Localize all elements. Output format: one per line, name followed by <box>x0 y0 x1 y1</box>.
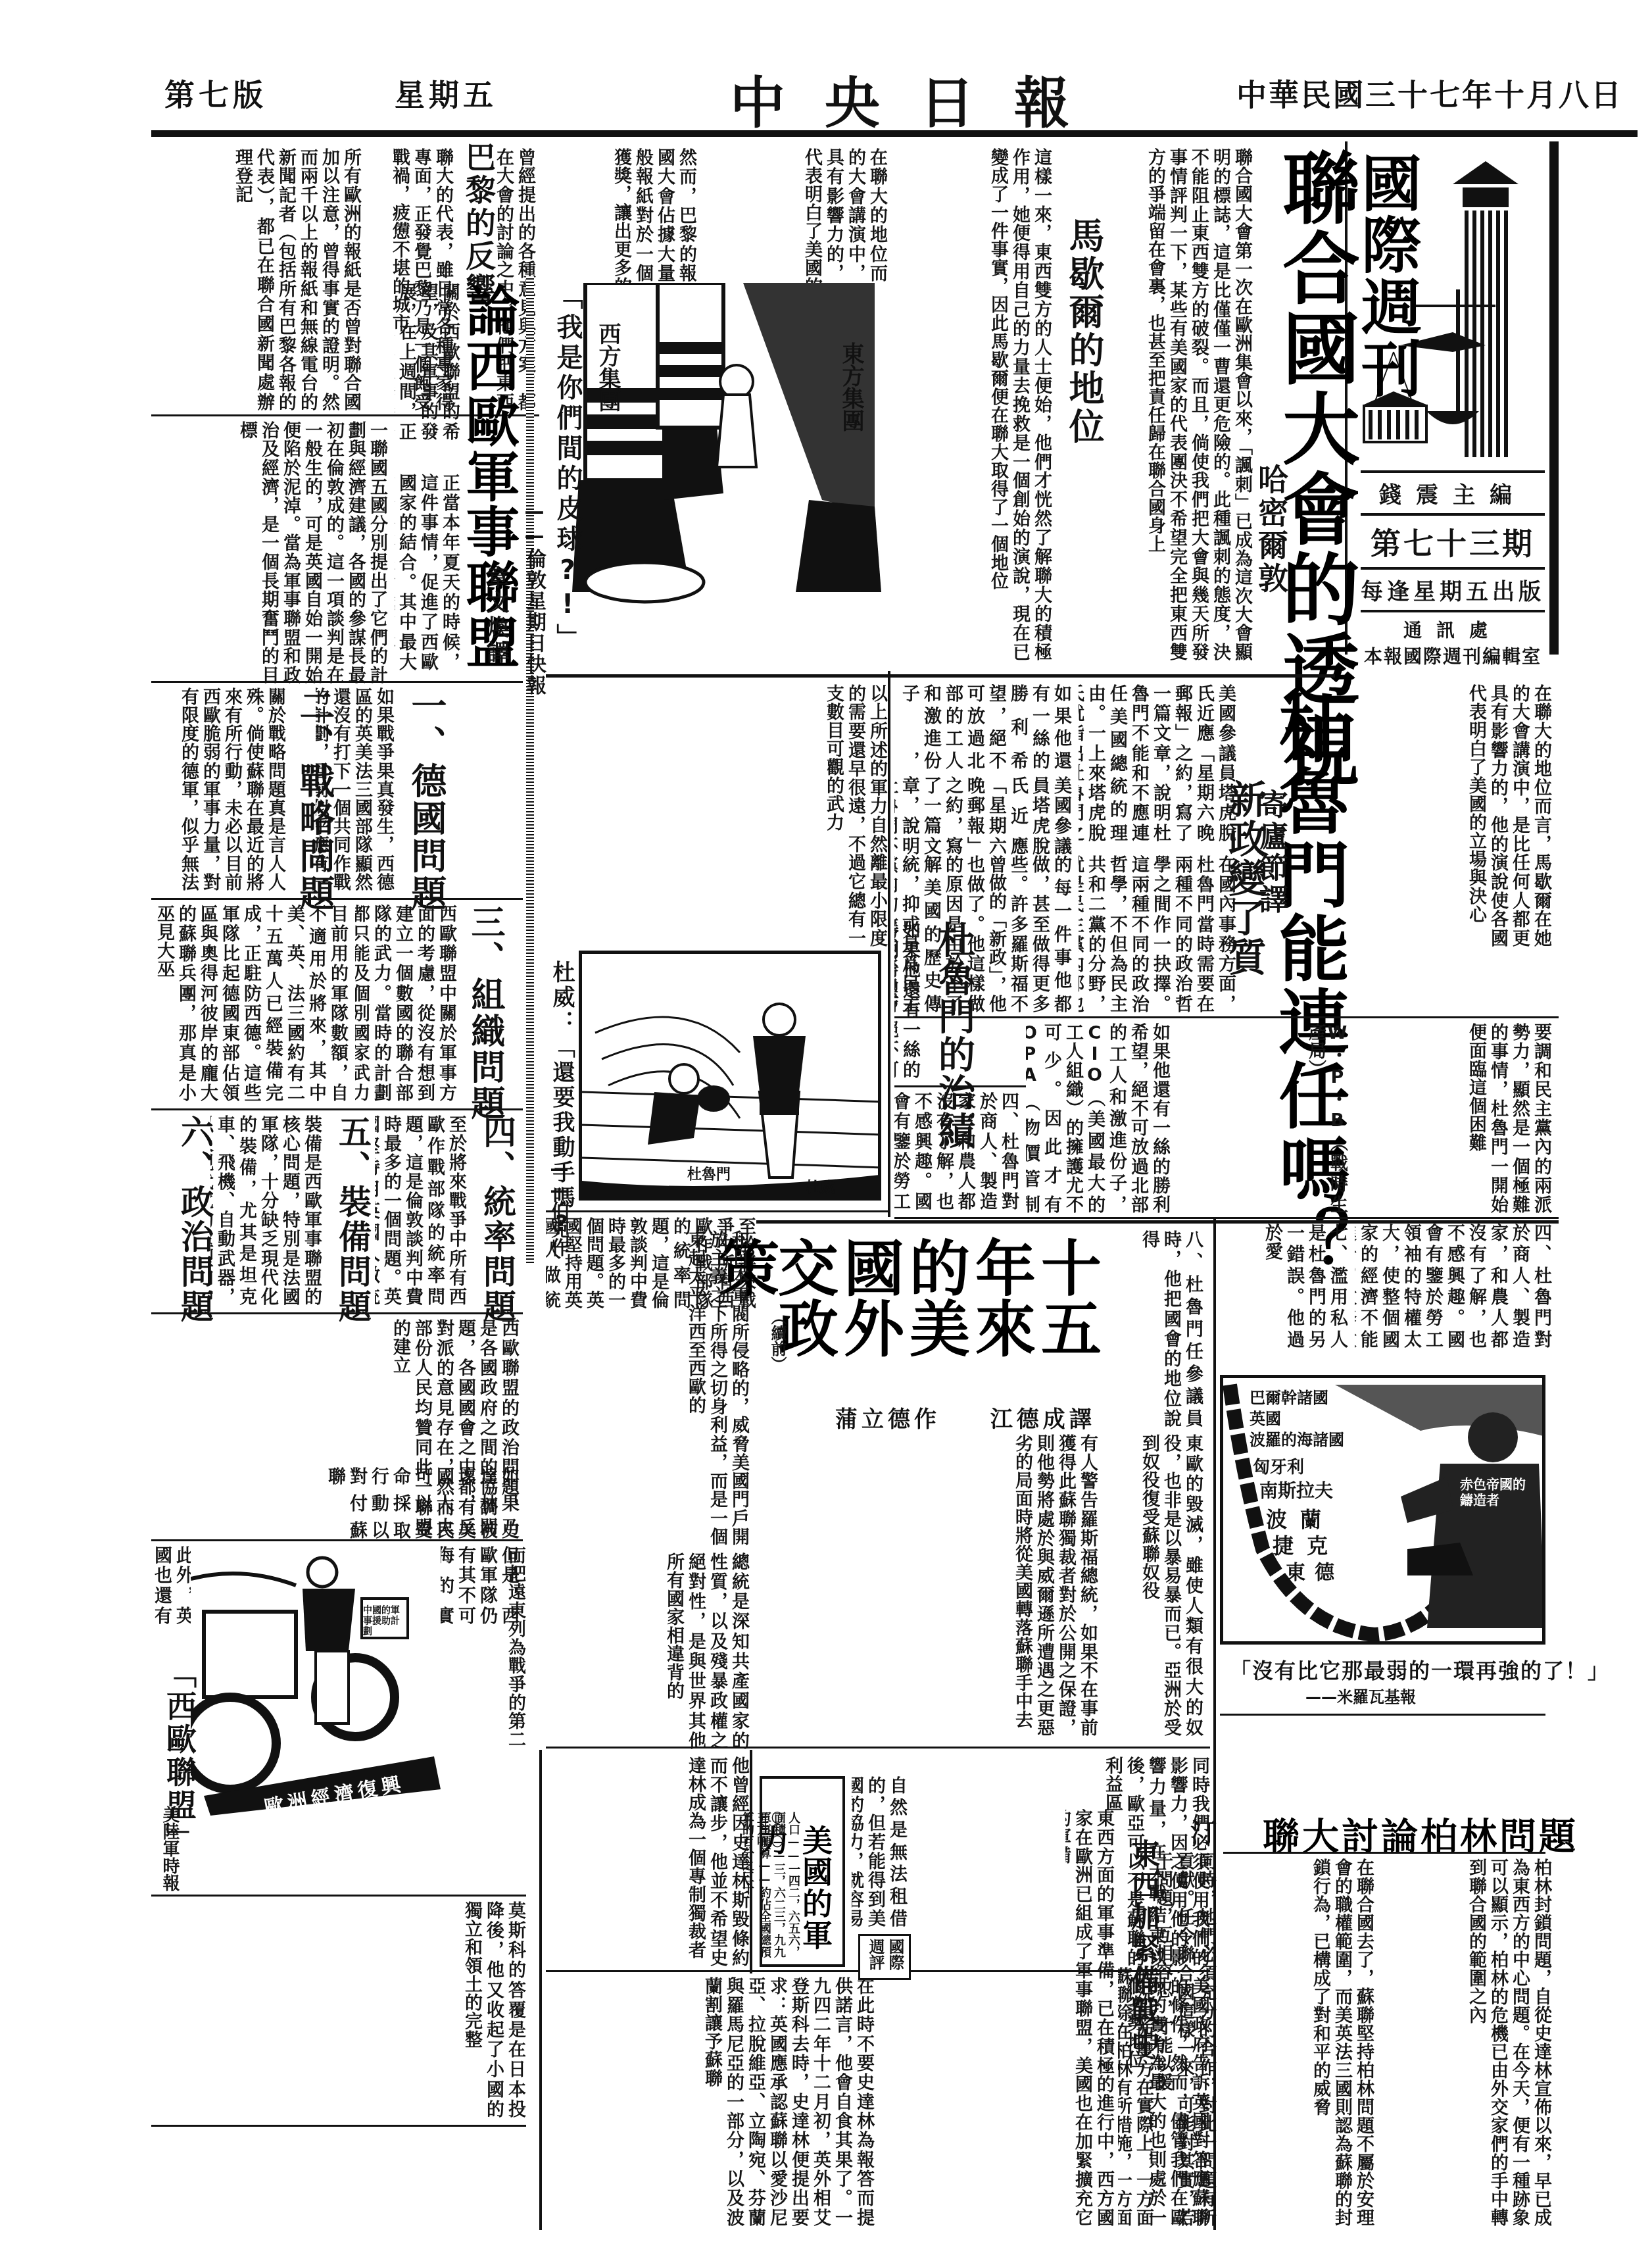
misc-column-1: 而把遠東列為戰爭的第二 <box>447 1546 526 1888</box>
section-title-2: 二、戰略問題 <box>289 687 340 912</box>
chain-label-2: 英國 <box>1250 1406 1281 1429</box>
cartoon-football: 西方集團 東方集團 <box>546 283 888 671</box>
cartoon-boxing: 杜魯門 杜威 <box>579 951 881 1201</box>
paper-name: 中央日報 <box>730 59 1109 139</box>
truman-body-7: 四、杜魯門對於商人、製造家，和農人都沒有了解，也不感興趣。國會有鑒於勞工領袖的特… <box>894 1092 1019 1210</box>
boxing-ring-illustration <box>582 954 881 1201</box>
divider <box>894 1085 1026 1087</box>
section-title-5: 五、裝備問題 <box>329 1115 376 1324</box>
weekly-title: 國際週刊 <box>1355 152 1419 399</box>
cartoon-chain: 巴爾幹諸國 英國 波羅的海諸國 匈牙利 南斯拉夫 波蘭 捷克 東德 赤色帝國的鑄… <box>1220 1375 1545 1645</box>
divider <box>546 1747 1210 1749</box>
headline-col-2: 年來 <box>969 1237 1032 1358</box>
us-foreign-policy-side: 八、杜魯門任參議員時，他把國會的地位說得 <box>1105 1230 1203 1427</box>
contact-label: 通訊處 <box>1361 612 1545 643</box>
issue-date: 中華民國三十七年十月八日 <box>1236 71 1623 114</box>
divider <box>151 2125 526 2127</box>
divider <box>546 674 1335 678</box>
un-assembly-subhead: 馬歇爾的地位 <box>1059 217 1109 446</box>
truman-body-5: 如果他還有一絲的勝利希望，絕不可放過北部的工人和激進份子，CIO（美國最大的工人… <box>1026 1023 1171 1214</box>
un-assembly-body-2: 這樣一來，東西雙方的人士便始，他們才恍然了解聯大的積極作用，她便得用自己的力量去… <box>894 148 1052 661</box>
issue-number: 第七十三期 <box>1361 516 1545 567</box>
column-divider <box>888 671 890 1217</box>
weekday: 星期五 <box>395 71 497 114</box>
divider <box>1223 1852 1545 1854</box>
section-title-3: 三、組織問題 <box>460 905 510 1122</box>
chain-label-yugoslavia: 南斯拉夫 <box>1259 1477 1333 1503</box>
truman-body-0: 如果他還有一絲的勝利希望，絕不可放過北部的工人和激進份子，CIO（美國最大的工人… <box>894 684 1072 770</box>
divider <box>894 1016 1559 1018</box>
weekly-nameplate: 國際週刊 錢震主編 第七十三期 每逢星期五出版 通訊處 本報國際週刊編輯室 <box>1345 141 1559 655</box>
divider <box>151 681 523 683</box>
us-foreign-policy-body-1: 有人警告羅斯福總統，如果不在事前獲得此蘇聯獨裁者對於公開之保證，則他勢將處於與威… <box>756 1434 1098 1737</box>
west-europe-misc-1: 目前用的軍隊數額，自不適用於將來，其中美、英、法三國約有二十五萬人已經裝備完成，… <box>151 905 349 1102</box>
weekly-info: 錢震主編 第七十三期 每逢星期五出版 通訊處 本報國際週刊編輯室 <box>1361 470 1545 669</box>
stat-label: 人口 <box>787 1812 800 1835</box>
misc-column-4: 在此時不要史達林為報答而提供諾言，他會自食其果了。一九四二年十二月初，英外相艾登… <box>546 1977 875 2227</box>
misc-column-2: 如果史達林被壞，美國人民可以受命採取行動以對付蘇聯 <box>151 1467 520 1539</box>
divider <box>756 1220 1559 1224</box>
truman-top-right-body: 在聯大的地位而言，馬歇爾在她的大會講演中，是比任何人都更具有影響力的，他的演說使… <box>1348 684 1552 947</box>
berlin-body-3: 同時，她們必須充分的合作，對此一問題有所貢獻。任令聯合國這樣一來，可能對其實，若… <box>1157 1852 1217 2227</box>
tractor-illustration <box>191 1546 441 1816</box>
stat-label: 面積 <box>772 1812 786 1835</box>
us-foreign-policy-body-4: 總統是深知共產國家的性質，以及殘暴政權之絕對性，是與世界其他所有國家相違背的 <box>546 1552 750 1750</box>
paris-reaction-subhead: 巴黎的反響 <box>457 141 500 306</box>
us-foreign-policy-body-3: 和日本軍閥所侵略的，威脅美國門戶開放主義之下所得之切身利益，而是一個東起太平洋西… <box>546 1230 750 1546</box>
masthead: 第七版 星期五 中央日報 中華民國三十七年十月八日 <box>158 58 1624 130</box>
headline-col-3: 的美 <box>904 1237 967 1358</box>
section-body-2: 關於戰略問題真是言人人殊。倘使蘇聯在最近的將來有所行動，未必以目前西歐脆弱的軍事… <box>178 687 286 891</box>
truman-body-1: 美國參議員塔虎脫氏近應「星期六晚郵報」之約，寫了一篇文章，說明杜魯門不能和不應連… <box>1079 684 1236 842</box>
west-europe-center-body: 以上所述的軍力自然離最小限度的需要還早很遠，不過它總有一支數目可觀的武力 <box>546 684 888 947</box>
us-foreign-policy-headline: 十五 年來 的美 國外 交政 策 （續前） <box>756 1237 1098 1395</box>
weekly-review-stamp: 國際週評 <box>858 1934 911 1980</box>
tractor-sign: 中國的軍事援助計劃 <box>363 1605 406 1637</box>
chain-label-balkans: 巴爾幹諸國 <box>1250 1385 1328 1408</box>
paris-reaction-body-2: 一聯國五國分別提出了它們的計劃與經濟建議，各國的參謀長最初在倫敦成的。這一項談判… <box>151 421 388 684</box>
chain-label-east-germany: 東德 <box>1286 1556 1344 1585</box>
boxer-label-dewey: 杜威 <box>806 1176 835 1197</box>
cartoon-label-east: 東方集團 <box>835 342 867 432</box>
west-europe-intro-1: 關於西歐聯盟的希望，及其軍事的發展，在上週間，正如在本年夏季時一樣，已成為華府、… <box>395 283 460 441</box>
page-number: 第七版 <box>164 71 267 114</box>
section-body-5: 裝備是西歐軍事聯盟的核心問題，特別是法國軍隊，十分缺乏現代化的裝備，尤其是坦克車… <box>210 1115 322 1306</box>
smith-label: 赤色帝國的鑄造者 <box>1460 1477 1532 1508</box>
divider <box>894 1217 1559 1219</box>
section-title-4: 四、統率問題 <box>474 1115 521 1324</box>
divider <box>151 1108 523 1110</box>
berlin-body-2: 在聯合國去了，蘇聯堅持柏林問題不屬於安理會的職權範圍，而美英法三國則認為蘇聯的封… <box>1223 1858 1374 2227</box>
cartoon-chain-source: ——米羅瓦基報 <box>1305 1684 1416 1707</box>
truman-labor-list: W・P・B（戰時生產局） <box>1177 1023 1348 1214</box>
un-assembly-body-5: 所有歐洲的報紙是否曾對聯合國加以注意，曾得事實的證明。然而兩千以上的報紙和無線電… <box>151 148 362 411</box>
cartoon-football-source: ——倫敦星期日快報 <box>520 500 548 696</box>
column-divider <box>1213 1217 1216 2230</box>
misc-column-3: 莫斯科的答覆是在日本投降後，他又收起了小國的獨立和領土的完整 <box>151 1901 526 2118</box>
berlin-body-4: 何況東西雙方在實際上，一方面蘇聯除在柏林有所措施，一方面空中走廊，同時繼續把蘇俄… <box>1118 1967 1154 2227</box>
boxer-label-truman: 杜魯門 <box>687 1163 731 1183</box>
headline-col-1: 十五 <box>1035 1237 1098 1358</box>
cartoon-football-caption: 「我是你們間的皮球?!」 <box>549 283 587 654</box>
west-europe-intro-2: 正當本年夏天的時候，這件事情，促進了西歐國家的結合。其中最大的一件事是對鐵柏林，… <box>395 474 460 671</box>
publish-schedule: 每逢星期五出版 <box>1361 570 1545 610</box>
author: 蒲立德作 <box>835 1406 940 1433</box>
column-divider <box>539 1750 542 2230</box>
chain-label-hungary: 匈牙利 <box>1253 1454 1304 1478</box>
editor: 錢震主編 <box>1361 473 1545 513</box>
section-title-1: 一、德國問題 <box>401 687 452 912</box>
divider <box>151 898 523 900</box>
truman-body-6: 如果他還有一絲的勝利希望，絕不可放過北部的工人和激進份子，CIO（美國最大的工人… <box>894 921 921 1079</box>
cartoon-chain-caption: 「沒有比它那最弱的一環再強的了！」 <box>1230 1654 1610 1685</box>
continued-note: （續前） <box>766 1309 789 1372</box>
us-foreign-policy-body-2: 東歐的毀滅，雖使人類有很大的奴役，也非是以暴易暴而已。亞洲於受到奴役復受蘇聯奴役 <box>1105 1434 1203 1737</box>
berlin-author: 汀 <box>1190 1812 1217 1850</box>
berlin-body-1: 柏林封鎖問題，自從史達林宣佈以來，早已成為東西方的中心問題。在今天，便有一種跡象… <box>1381 1858 1552 2227</box>
us-military-body: 自然是無法租借的，但若能得到美國的協力，就容易著手了 <box>852 1776 908 1927</box>
stat-budget: 軍事預算——約佔全國總預算的百分之三十 <box>739 1812 773 1964</box>
truman-body-4: 要調和民主黨內的兩派勢力，顯然是一個極難的事情，杜魯門一開始便面臨這個困難 <box>1355 1023 1552 1214</box>
stat-label: 軍事預算 <box>758 1812 771 1859</box>
truman-body-3: 的每一件事他都做，甚至做得更多些。許多羅斯福不曾做的「新政」，他也做了。他這樣做… <box>894 855 1072 1013</box>
stamp-text: 國際週評 <box>865 1939 905 1979</box>
berlin-body-5: 東西方面的軍事準備，已在積極的進行中，西方國家在歐洲已組成了軍事聯盟，美國也在加… <box>1065 1809 1115 2227</box>
cartoon-tractor: 歐洲經濟復興 中國的軍事援助計劃 <box>191 1546 441 1816</box>
column-divider <box>750 1750 752 1973</box>
translator: 江德成譯 <box>990 1406 1096 1433</box>
column-divider <box>526 276 534 1263</box>
cartoon-tractor-source: 美陸軍時報 <box>158 1806 182 1891</box>
contact: 本報國際週刊編輯室 <box>1361 643 1545 669</box>
us-foreign-policy-author: 蒲立德作 江德成譯 <box>835 1401 1096 1433</box>
divider <box>151 1895 526 1897</box>
us-foreign-policy-body-5: 他曾經因史達林斯毀條約而不讓步，他並不希望史達林成為一個專制獨裁者 <box>546 1756 750 1967</box>
west-europe-author: 章文煥譯 <box>480 566 512 666</box>
truman-body-2: 在國內事務方面，杜魯門當時需要在兩種不同的政治哲學之間作一抉擇。這兩種不同的政治… <box>1079 855 1236 1013</box>
masthead-rule <box>151 130 1638 137</box>
un-assembly-body-1: 聯合國大會第一次在歐洲集會以來，「諷刺」已成為這次大會顯明的標誌，這是比僅僅一曹… <box>1085 148 1253 661</box>
cartoon-label-west: 西方集團 <box>592 322 624 412</box>
truman-body-1b: 美國參議員塔虎脫氏近應「星期六晚郵報」之約，寫了一篇文章，說明杜魯門不能和不應連… <box>894 776 1072 855</box>
un-assembly-author: 哈密爾敦 <box>1250 464 1293 595</box>
divider <box>546 1210 888 1212</box>
section-body-3: 西歐聯盟中關於軍事方面的考慮，從沒有想到建立一個數國的聯合部隊的武力。當時的計劃… <box>355 905 457 1102</box>
divider <box>1220 1714 1545 1716</box>
divider <box>151 1312 523 1314</box>
headline-col-4: 國外 <box>838 1237 901 1358</box>
truman-body-8: 四、杜魯門對於商人、製造家，和農人都沒有了解，也不感興趣。國會有鑒於勞工領袖的特… <box>1355 1224 1552 1349</box>
divider <box>151 1539 523 1541</box>
us-military-box: 美國的軍力 人口——一四二，六五六，〇〇〇 面積——三，六二三，九九五方哩 軍事… <box>760 1776 845 1967</box>
section-title-6: 六、政治問題 <box>171 1115 218 1324</box>
chain-label-baltic: 波羅的海諸國 <box>1250 1427 1344 1450</box>
section-body-4: 至於將來戰爭中所有西歐作戰部隊的統率問題，這是倫敦談判中費時最多的一個問題。英國… <box>375 1115 467 1306</box>
